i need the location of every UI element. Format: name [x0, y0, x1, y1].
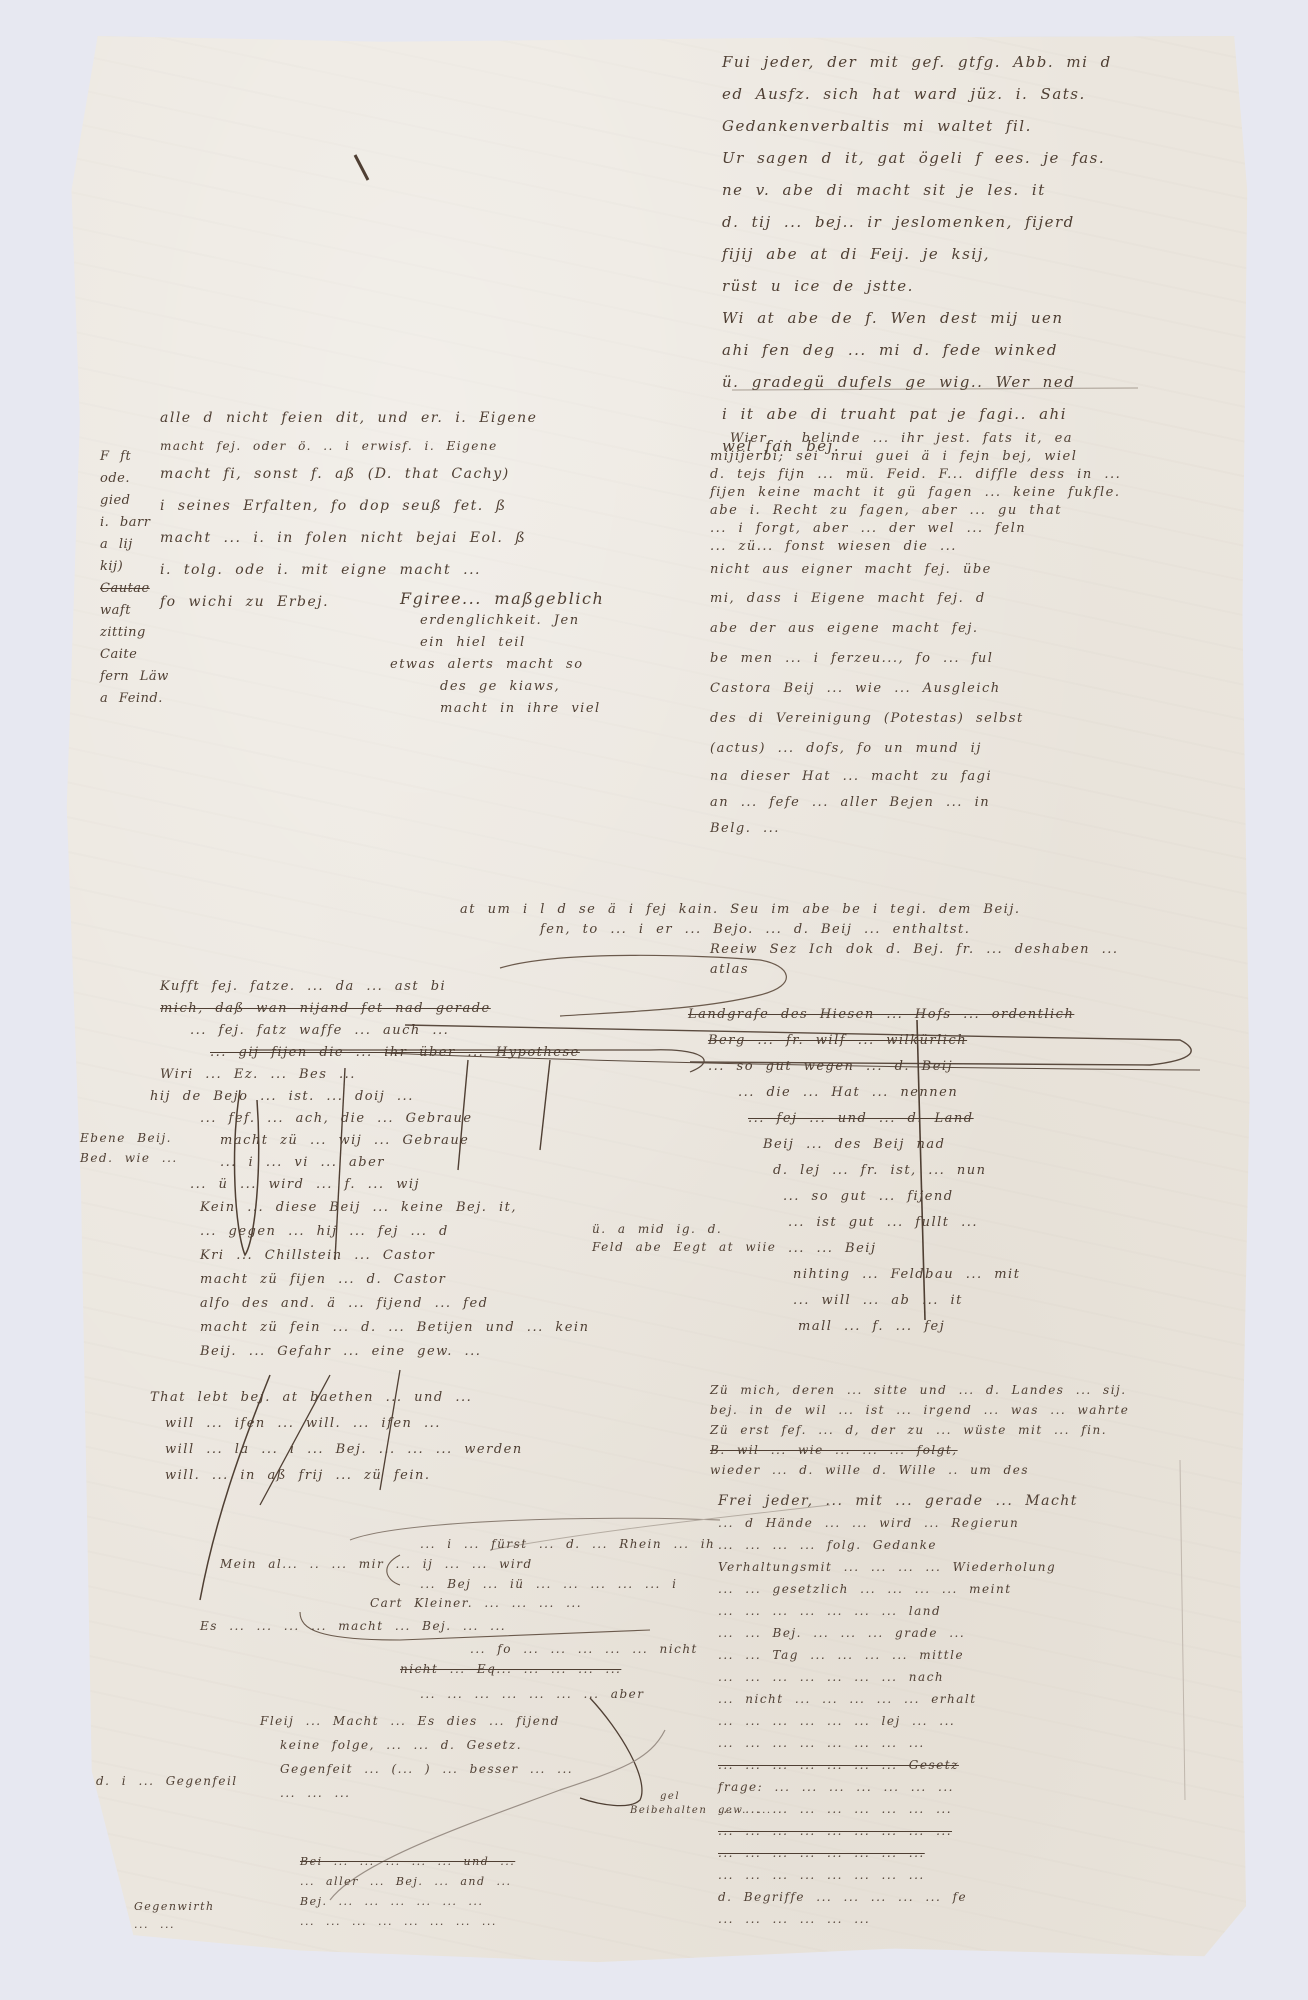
text-line: ... ü ... wird ... f. ... wij — [160, 1174, 589, 1196]
text-line: mich, daß wan nijand fet nad gerade — [160, 998, 589, 1020]
center-side-note: ü. a mid ig. d. Feld abe Eegt at wiie — [592, 1220, 776, 1256]
right-column-lower-paragraph: Zü mich, deren ... sitte und ... d. Land… — [710, 1380, 1129, 1480]
text-line: abe i. Recht zu fagen, aber ... gu that — [710, 502, 1121, 520]
text-line: ... ... ... ... ... ... ... ... — [718, 1732, 1078, 1754]
margin-line: i. barr — [100, 512, 169, 534]
text-line: ... gegen ... hij ... fej ... d — [160, 1220, 589, 1244]
text-line: ... fej. fatz waffe ... auch ... — [160, 1020, 589, 1042]
text-line: ... ... ... ... ... ... ... Gesetz — [718, 1754, 1078, 1776]
text-line: d. tejs fijn ... mü. Feid. F... diffle d… — [710, 466, 1121, 484]
margin-line: fern Läw — [100, 666, 169, 688]
text-line: at um i l d se ä i fej kain. Seu im abe … — [460, 900, 1119, 920]
text-line: ü. a mid ig. d. — [592, 1220, 776, 1238]
text-line: d. tij ... bej.. ir jeslomenken, fijerd — [722, 206, 1112, 238]
text-line: Zü mich, deren ... sitte und ... d. Land… — [710, 1380, 1129, 1400]
text-line: fen, to ... i er ... Bejo. ... d. Beij .… — [460, 920, 1119, 940]
text-line: will. ... in aß frij ... zü fein. — [150, 1463, 523, 1489]
text-line: Beij ... des Beij nad — [688, 1132, 1074, 1158]
text-line: ... zü... fonst wiesen die ... — [710, 538, 1121, 556]
text-line: will ... la ... i ... Bej. ... ... ... w… — [150, 1437, 523, 1463]
text-line: macht zü ... wij ... Gebraue — [160, 1130, 589, 1152]
text-line: ... gij fijen die ... ihr über ... Hypot… — [160, 1042, 589, 1064]
text-line: ... will ... ab ... it — [688, 1288, 1074, 1314]
text-line: wieder ... d. wille d. Wille .. um des — [710, 1460, 1129, 1480]
text-line: Mein al... .. ... mir ... ij ... ... wir… — [220, 1553, 715, 1575]
left-column-footnotes: ... i ... fürst ... d. ... Rhein ... ih … — [220, 1535, 715, 1805]
left-column-lower-section: Kufft fej. fatze. ... da ... ast bi mich… — [160, 976, 589, 1364]
text-line: Zü erst fef. ... d, der zu ... wüste mit… — [710, 1420, 1129, 1440]
text-line: ... ... ... ... ... ... ... ... — [300, 1912, 515, 1932]
text-line: ne v. abe di macht sit je les. it — [722, 174, 1112, 206]
text-line: nihting ... Feldbau ... mit — [688, 1262, 1074, 1288]
margin-line: gel — [630, 1790, 772, 1804]
text-line: be men ... i ferzeu..., fo ... ful — [710, 644, 1121, 674]
text-line: etwas alerts macht so — [390, 654, 604, 676]
left-margin-notes: F ft ode. gied i. barr a lij kij) Cautae… — [100, 446, 169, 710]
right-column-list: Landgrafe des Hiesen ... Hofs ... ordent… — [688, 1002, 1074, 1340]
text-line: Castora Beij ... wie ... Ausgleich — [710, 674, 1121, 704]
text-line: alle d nicht feien dit, und er. i. Eigen… — [160, 402, 537, 434]
text-line: Landgrafe des Hiesen ... Hofs ... ordent… — [688, 1002, 1074, 1028]
text-line: rüst u ice de jstte. — [722, 270, 1112, 302]
text-line: ... ... ... ... ... ... — [718, 1908, 1078, 1930]
text-line: ... fej ... und ... d. Land — [688, 1106, 1074, 1132]
bottom-center-margin: gel Beibehalten gew. ... — [630, 1790, 772, 1818]
margin-line: Ebene Beij. — [80, 1128, 178, 1148]
text-line: Fleij ... Macht ... Es dies ... fijend — [220, 1709, 715, 1733]
text-line: ein hiel teil — [400, 632, 604, 654]
margin-line: waft — [100, 600, 169, 622]
text-line: ... ... Bej. ... ... ... grade ... — [718, 1622, 1078, 1644]
text-line: d. lej ... fr. ist, ... nun — [688, 1158, 1074, 1184]
text-line: abe der aus eigene macht fej. — [710, 614, 1121, 644]
text-line: ... Bej ... iü ... ... ... ... ... i — [220, 1575, 715, 1593]
margin-line: Beibehalten gew. ... — [630, 1804, 772, 1818]
text-line: ... nicht ... ... ... ... ... erhalt — [718, 1688, 1078, 1710]
text-line: Ur sagen d it, gat ögeli f ees. je fas. — [722, 142, 1112, 174]
text-line: mall ... f. ... fej — [688, 1314, 1074, 1340]
text-line: macht in ihre viel — [400, 698, 604, 720]
text-line: nicht ... Eq... ... ... ... ... — [220, 1659, 715, 1679]
text-line: na dieser Hat ... macht zu fagi — [710, 764, 1121, 790]
text-line: ... i ... fürst ... d. ... Rhein ... ih — [220, 1535, 715, 1553]
text-line: ... i ... vi ... aber — [160, 1152, 589, 1174]
text-line: ... ... ... ... ... ... ... land — [718, 1600, 1078, 1622]
margin-line: a Feind. — [100, 688, 169, 710]
text-line: ed Ausfz. sich hat ward jüz. i. Sats. — [722, 78, 1112, 110]
text-line: i it abe di truaht pat je fagi.. ahi — [722, 398, 1112, 430]
margin-line: kij) — [100, 556, 169, 578]
text-line: d. Begriffe ... ... ... ... ... fe — [718, 1886, 1078, 1908]
text-line: ... aller ... Bej. ... and ... — [300, 1872, 515, 1892]
text-line: will ... ifen ... will. ... ifen ... — [150, 1411, 523, 1437]
text-line: Reeiw Sez Ich dok d. Bej. fr. ... deshab… — [460, 940, 1119, 960]
text-line: nicht aus eigner macht fej. übe — [710, 556, 1121, 584]
text-line: fijen keine macht it gü fagen ... keine … — [710, 484, 1121, 502]
text-line: Es ... ... ... ... macht ... Bej. ... ..… — [200, 1613, 715, 1639]
text-line: macht zü fijen ... d. Castor — [160, 1268, 589, 1292]
text-line: Kufft fej. fatze. ... da ... ast bi — [160, 976, 589, 998]
text-line: Fui jeder, der mit gef. gtfg. Abb. mi d — [722, 46, 1112, 78]
text-line: ... so gut ... fijend — [688, 1184, 1074, 1210]
text-line: ... die ... Hat ... nennen — [688, 1080, 1074, 1106]
text-line: ... fef. ... ach, die ... Gebraue — [160, 1108, 589, 1130]
text-line: B. wil ... wie ... ... ... folgt, — [710, 1440, 1129, 1460]
text-line: ... ... Tag ... ... ... ... mittle — [718, 1644, 1078, 1666]
inline-note-center: Fgiree... maßgeblich erdenglichkeit. Jen… — [400, 588, 604, 720]
text-line: Kein ... diese Beij ... keine Bej. it, — [160, 1196, 589, 1220]
text-line: Cart Kleiner. ... ... ... ... — [220, 1593, 715, 1613]
text-line: mijijerbi; sei nrui guei ä i fejn bej, w… — [710, 448, 1121, 466]
text-line: keine folge, ... ... d. Gesetz. — [220, 1733, 715, 1757]
margin-line: Cautae — [100, 578, 169, 600]
text-line: Frei jeder, ... mit ... gerade ... Macht — [718, 1490, 1078, 1512]
text-line: ... ... ... ... ... ... ... aber — [220, 1679, 715, 1709]
text-line: Bei ... ... ... ... ... und ... — [300, 1852, 515, 1872]
text-line: Wiri ... Ez. ... Bes ... — [160, 1064, 589, 1086]
text-line: Feld abe Eegt at wiie — [592, 1238, 776, 1256]
text-line: Fgiree... maßgeblich — [400, 588, 604, 610]
right-column-top-paragraph: Fui jeder, der mit gef. gtfg. Abb. mi d … — [722, 46, 1112, 462]
text-line: Bej. ... ... ... ... ... ... — [300, 1892, 515, 1912]
text-line: macht fi, sonst f. aß (D. that Cachy) — [160, 458, 537, 490]
margin-line: Gegenwirth — [134, 1898, 215, 1916]
text-line: erdenglichkeit. Jen — [400, 610, 604, 632]
margin-line: ode. — [100, 468, 169, 490]
left-margin-footnote: d. i ... Gegenfeil — [96, 1775, 238, 1787]
margin-line: Caite — [100, 644, 169, 666]
margin-line: ... ... — [134, 1916, 215, 1934]
left-column-middle-paragraph: alle d nicht feien dit, und er. i. Eigen… — [160, 402, 537, 618]
margin-line: F ft — [100, 446, 169, 468]
text-line: macht fej. oder ö. .. i erwisf. i. Eigen… — [160, 434, 537, 458]
text-line: fijij abe at di Feij. je ksij, — [722, 238, 1112, 270]
margin-line: Bed. wie ... — [80, 1148, 178, 1168]
margin-line: gied — [100, 490, 169, 512]
text-line: mi, dass i Eigene macht fej. d — [710, 584, 1121, 614]
text-line: (actus) ... dofs, fo un mund ij — [710, 734, 1121, 764]
text-line: ... d Hände ... ... wird ... Regierun — [718, 1512, 1078, 1534]
text-line: ... ... ... ... folg. Gedanke — [718, 1534, 1078, 1556]
text-line: ... ... ... ... ... ... lej ... ... — [718, 1710, 1078, 1732]
text-line: Gedankenverbaltis mi waltet fil. — [722, 110, 1112, 142]
text-line: i seines Erfalten, fo dop seuß fet. ß — [160, 490, 537, 522]
center-annotation: at um i l d se ä i fej kain. Seu im abe … — [460, 900, 1119, 980]
text-line: Belg. ... — [710, 816, 1121, 842]
text-line: ... ... ... ... ... ... ... ... ... — [718, 1820, 1078, 1842]
left-column-bottom-paragraph: That lebt bej. at baethen ... und ... wi… — [150, 1385, 523, 1489]
text-line: bej. in de wil ... ist ... irgend ... wa… — [710, 1400, 1129, 1420]
text-line: i. tolg. ode i. mit eigne macht ... — [160, 554, 537, 586]
text-line: alfo des and. ä ... fijend ... fed — [160, 1292, 589, 1316]
text-line: Verhaltungsmit ... ... ... ... Wiederhol… — [718, 1556, 1078, 1578]
text-line: ... fo ... ... ... ... ... nicht — [220, 1639, 715, 1659]
bottom-left-margin: Gegenwirth ... ... — [134, 1898, 215, 1934]
text-line: des ge kiaws, — [400, 676, 604, 698]
text-line: Berg ... fr. wilf ... wilkürlich — [688, 1028, 1074, 1054]
text-line: That lebt bej. at baethen ... und ... — [150, 1385, 523, 1411]
text-line: ü. gradegü dufels ge wig.. Wer ned — [722, 366, 1112, 398]
text-line: Wi at abe de f. Wen dest mij uen — [722, 302, 1112, 334]
text-line: Kri ... Chillstein ... Castor — [160, 1244, 589, 1268]
text-line: des di Vereinigung (Potestas) selbst — [710, 704, 1121, 734]
text-line: hij de Bejo ... ist. ... doij ... — [150, 1086, 589, 1108]
text-line: an ... fefe ... aller Bejen ... in — [710, 790, 1121, 816]
text-line: ... i forgt, aber ... der wel ... feln — [710, 520, 1121, 538]
right-column-bottom-paragraph: Frei jeder, ... mit ... gerade ... Macht… — [718, 1490, 1078, 1930]
text-line: ... ... gesetzlich ... ... ... ... meint — [718, 1578, 1078, 1600]
left-margin-lower-note: Ebene Beij. Bed. wie ... — [80, 1128, 178, 1168]
text-line: ... ... ... ... ... ... ... nach — [718, 1666, 1078, 1688]
margin-line: a lij — [100, 534, 169, 556]
text-line: Beij. ... Gefahr ... eine gew. ... — [160, 1340, 589, 1364]
text-line: ... ... ... ... ... ... ... ... — [718, 1842, 1078, 1864]
text-line: macht zü fein ... d. ... Betijen und ...… — [160, 1316, 589, 1340]
right-column-middle-paragraph: Wier .. belinde ... ihr jest. fats it, e… — [710, 430, 1121, 842]
text-line: Gegenfeit ... (... ) ... besser ... ... — [220, 1757, 715, 1781]
margin-line: zitting — [100, 622, 169, 644]
text-line: ... ... ... ... ... ... ... ... — [718, 1864, 1078, 1886]
bottom-left-note: Bei ... ... ... ... ... und ... ... alle… — [300, 1852, 515, 1932]
text-line: frage: ... ... ... ... ... ... ... — [718, 1776, 1078, 1798]
text-line: macht ... i. in folen nicht bejai Eol. ß — [160, 522, 537, 554]
text-line: ... so gut wegen ... d. Beij — [688, 1054, 1074, 1080]
text-line: Wier .. belinde ... ihr jest. fats it, e… — [710, 430, 1121, 448]
text-line: ahi fen deg ... mi d. fede winked — [722, 334, 1112, 366]
